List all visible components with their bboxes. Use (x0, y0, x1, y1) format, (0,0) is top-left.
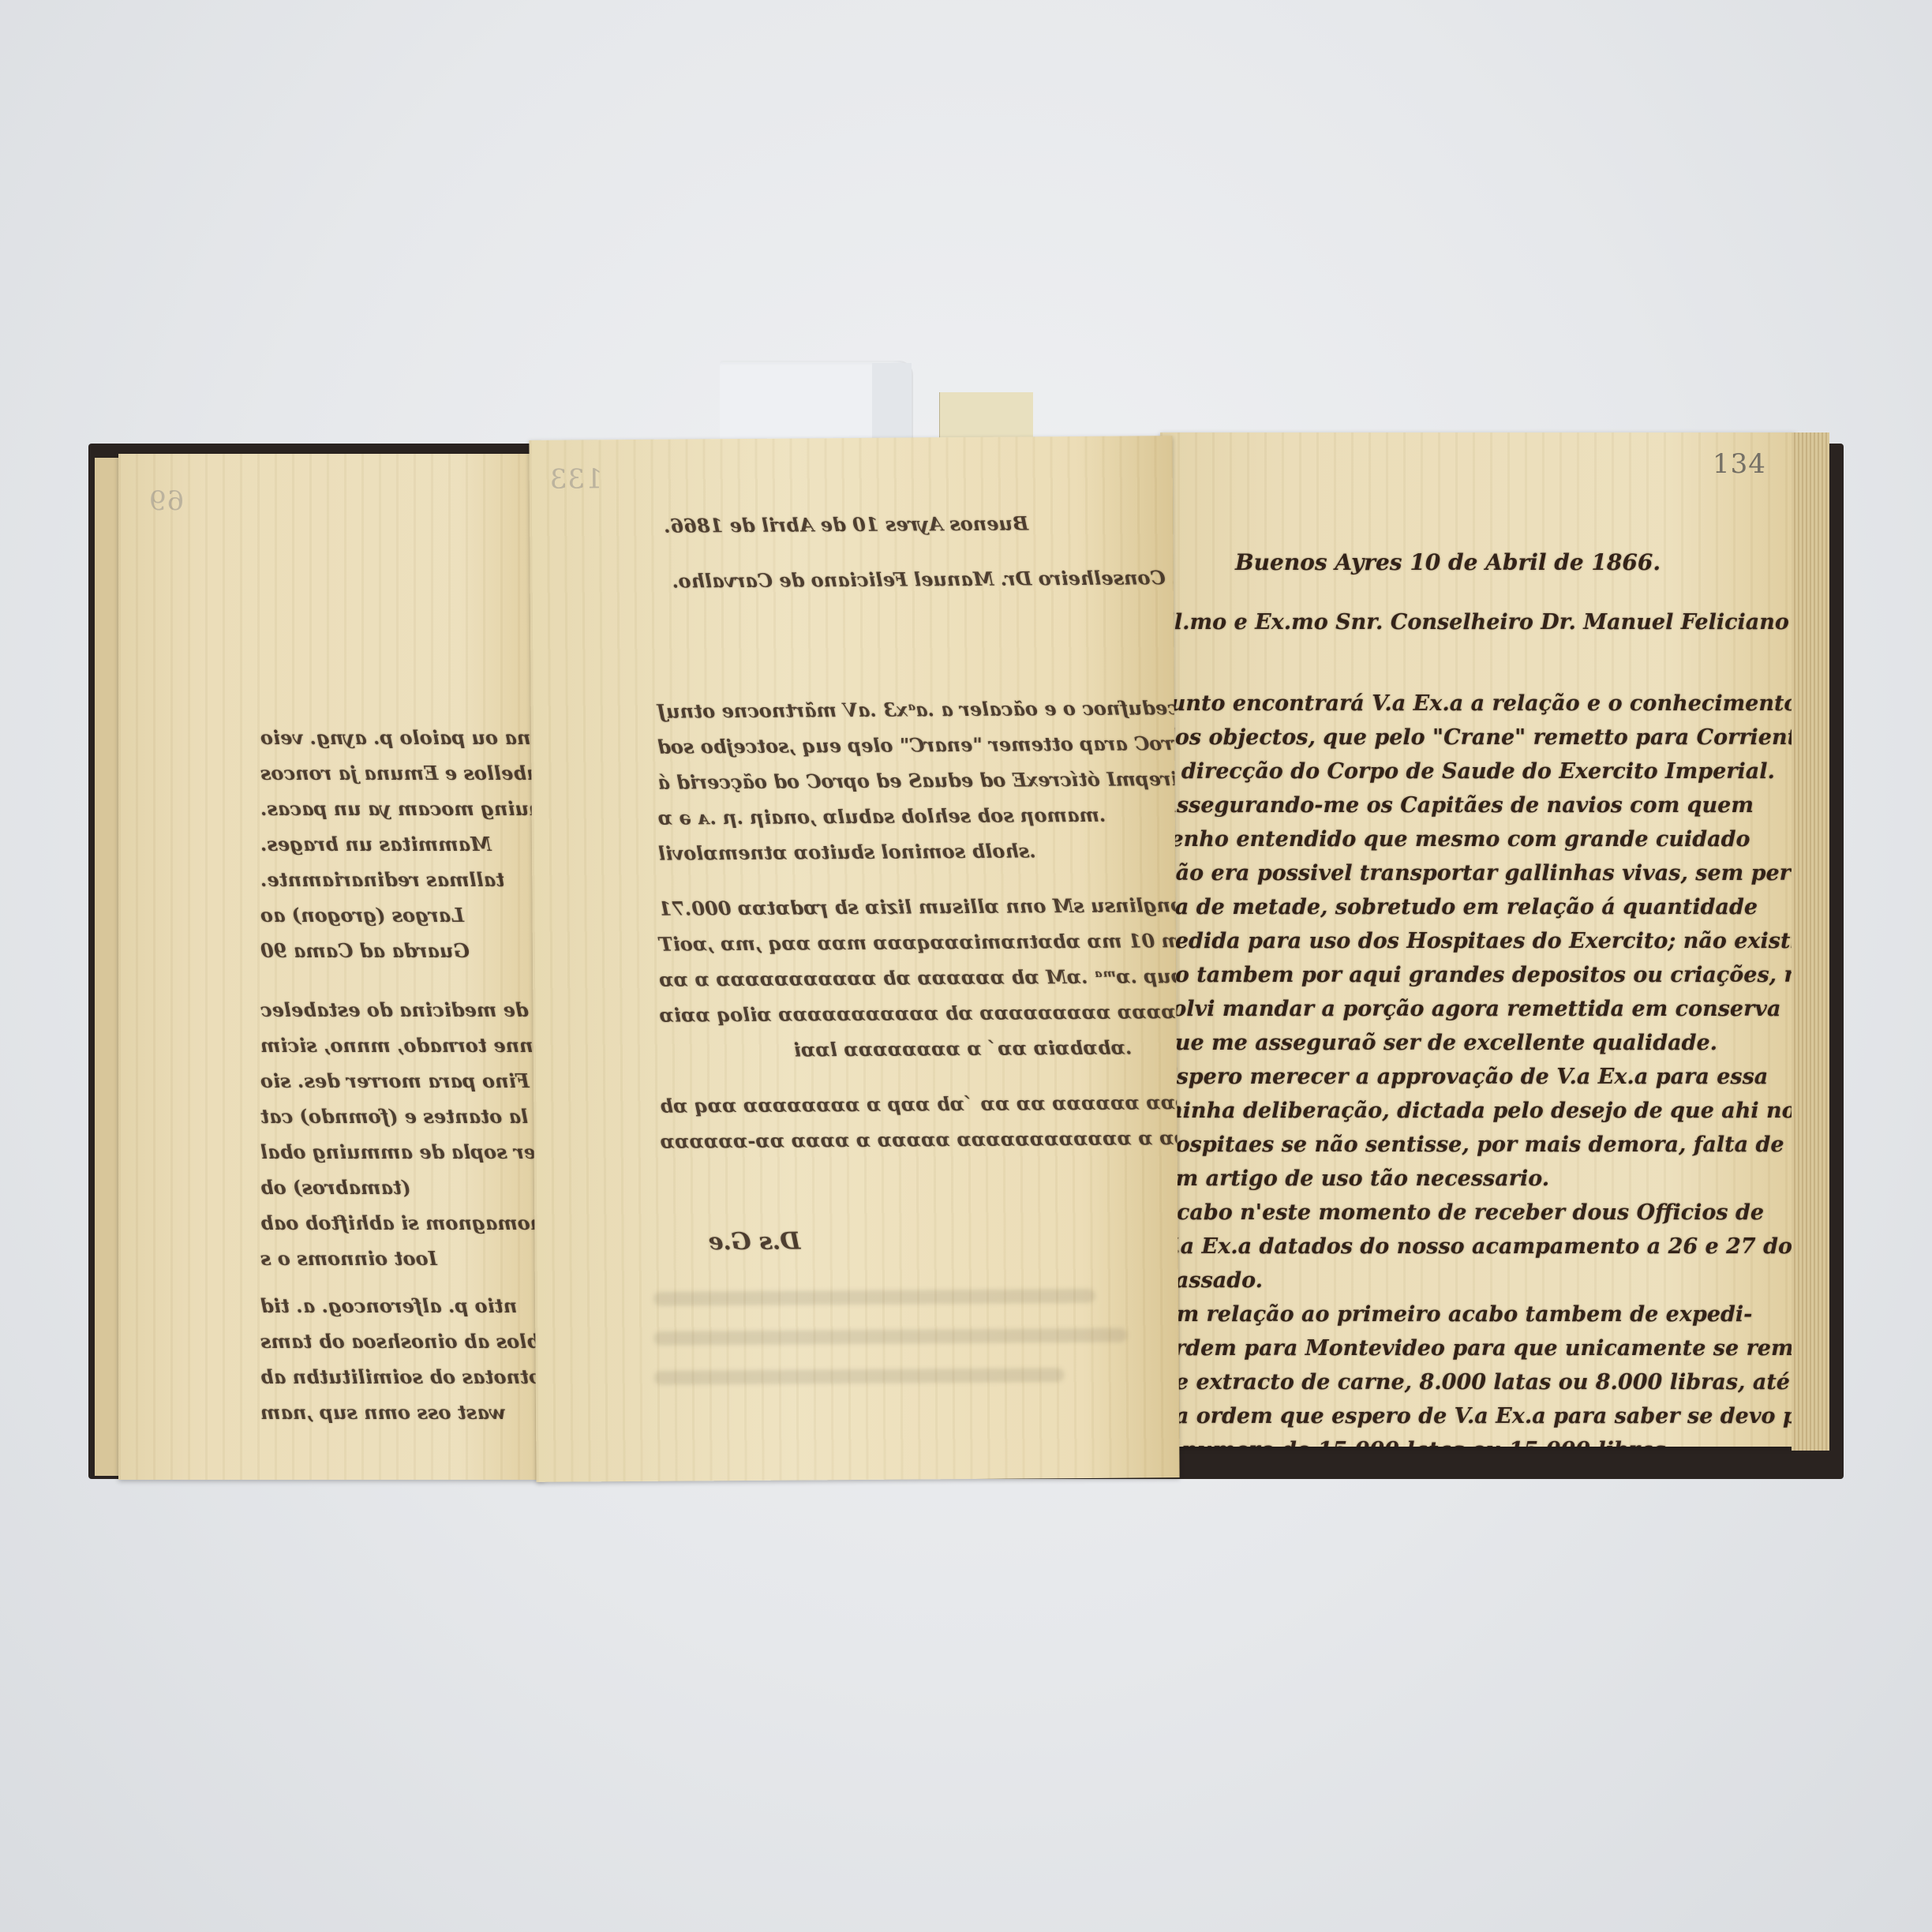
body-line: de extracto de carne, 8.000 latas ou 8.0… (1160, 1370, 1795, 1395)
middle-page-heading-1: Buenos Ayres 10 de Abril de 1866. (664, 511, 1028, 537)
left-page-number: 69 (148, 485, 184, 517)
body-line: do tambem por aqui grandes depositos ou … (1160, 963, 1795, 987)
body-line: o numero de 15.000 latas ou 15.000 libra… (1160, 1438, 1673, 1447)
right-page-number: 134 (1713, 448, 1766, 480)
middle-page-heading-2: Ill.mo e Ex.mo Snr. Conselheiro Dr. Manu… (672, 564, 1180, 592)
right-page-edge (1792, 432, 1829, 1451)
body-line: que me asseguraõ ser de excellente quali… (1160, 1031, 1717, 1055)
body-line: minha deliberação, dictada pelo desejo d… (1160, 1099, 1795, 1123)
middle-page-closing: D.s G.e (708, 1227, 800, 1256)
body-line: solvi mandar a porção agora remettida em… (1160, 997, 1781, 1021)
body-line: da de metade, sobretudo em relação á qua… (1160, 895, 1758, 919)
right-page-addressee: Ill.mo e Ex.mo Snr. Conselheiro Dr. Manu… (1160, 610, 1795, 635)
left-page: 69 Cuuna ou paiolo p. ayng. veio Cabello… (118, 454, 545, 1480)
body-line: Em relação ao primeiro acabo tambem de e… (1160, 1302, 1752, 1327)
body-line: Assegurando-me os Capitães de navios com… (1160, 793, 1754, 818)
body-line: um artigo de uso tão necessario. (1160, 1166, 1549, 1191)
body-line: Junto encontrará V.a Ex.a a relação e o … (1160, 691, 1795, 716)
faint-bleed-line (653, 1289, 1095, 1306)
bookmark-tab-white-fold (872, 363, 912, 446)
body-line: hospitaes se não sentisse, por mais demo… (1160, 1133, 1784, 1157)
body-line: da ordem que espero de V.a Ex.a para sab… (1160, 1404, 1795, 1428)
body-line: pedida para uso dos Hospitaes do Exercit… (1160, 929, 1795, 953)
right-page: 134 Buenos Ayres 10 de Abril de 1866. Il… (1160, 432, 1795, 1447)
right-page-dateline: Buenos Ayres 10 de Abril de 1866. (1235, 549, 1661, 575)
body-line: não era possivel transportar gallinhas v… (1160, 861, 1795, 885)
body-line: á direcção do Corpo de Saude do Exercito… (1160, 759, 1775, 784)
body-line: dos objectos, que pelo "Crane" remetto p… (1160, 725, 1795, 750)
middle-page: 133 Buenos Ayres 10 de Abril de 1866. Il… (529, 436, 1179, 1482)
body-line: ordem para Montevideo para que unicament… (1160, 1336, 1795, 1361)
faint-bleed-line (654, 1368, 1065, 1385)
body-line: Espero merecer a approvação de V.a Ex.a … (1160, 1065, 1768, 1089)
faint-bleed-line (653, 1328, 1127, 1346)
body-line: Acabo n'este momento de receber dous Off… (1160, 1200, 1764, 1225)
body-line: tenho entendido que mesmo com grande cui… (1160, 827, 1750, 852)
body-line: V.a Ex.a datados do nosso acampamento a … (1160, 1234, 1795, 1259)
middle-page-number: 133 (549, 463, 603, 495)
